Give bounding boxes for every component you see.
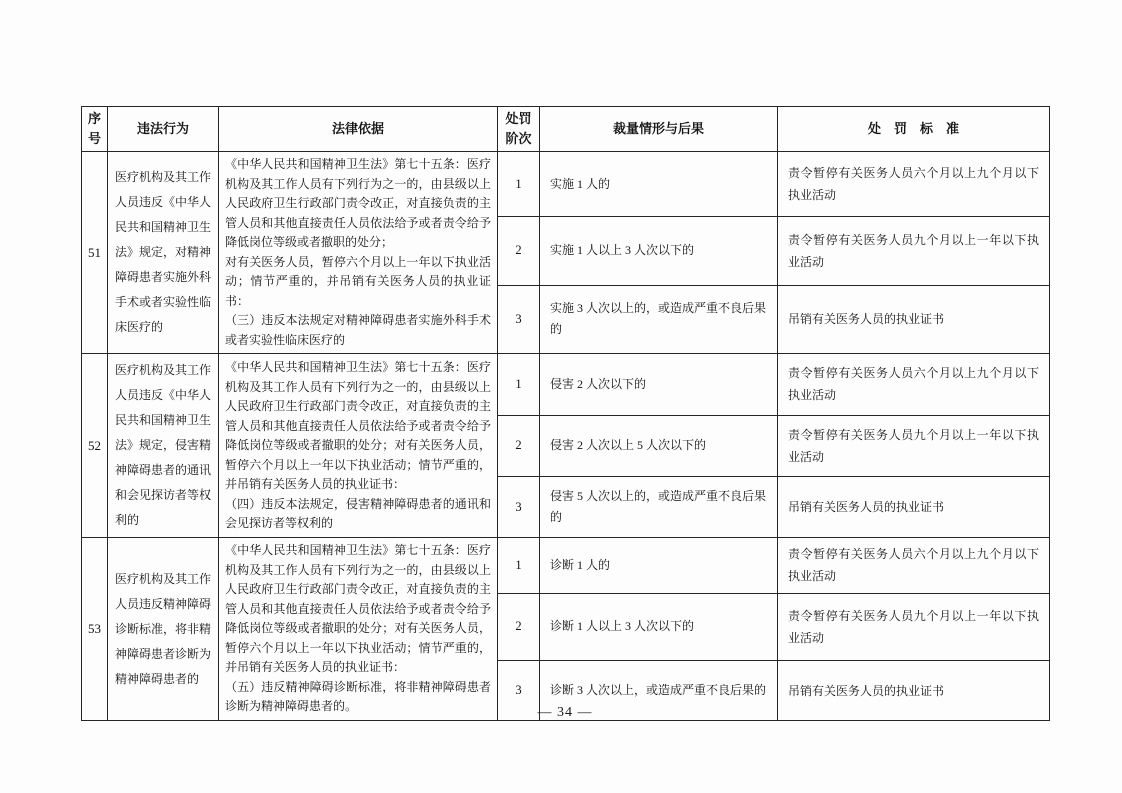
page-number: — 34 — [81,705,1049,721]
standard-cell: 责令暂停有关医务人员六个月以上九个月以下执业活动 [778,354,1050,415]
tier-row: 52 医疗机构及其工作人员违反《中华人民共和国精神卫生法》规定，侵害精神障碍患者… [82,354,1050,415]
violation-cell: 医疗机构及其工作人员违反《中华人民共和国精神卫生法》规定，对精神障碍患者实施外科… [108,152,219,354]
standard-cell: 责令暂停有关医务人员九个月以上一年以下执业活动 [778,216,1050,285]
violation-cell: 医疗机构及其工作人员违反《中华人民共和国精神卫生法》规定，侵害精神障碍患者的通讯… [108,354,219,538]
serial-cell: 52 [82,354,108,538]
standard-cell: 责令暂停有关医务人员六个月以上九个月以下执业活动 [778,152,1050,216]
circumstance-cell: 实施 1 人以上 3 人次以下的 [540,216,778,285]
tier-row: 53 医疗机构及其工作人员违反精神障碍诊断标准，将非精神障碍患者诊断为精神障碍患… [82,538,1050,593]
circumstance-cell: 侵害 5 人次以上的，或造成严重不良后果的 [540,476,778,537]
header-penalty-standard: 处 罚 标 准 [778,107,1050,152]
header-violation: 违法行为 [108,107,219,152]
header-serial: 序号 [82,107,108,152]
standard-cell: 责令暂停有关医务人员九个月以上一年以下执业活动 [778,415,1050,476]
header-legal-basis: 法律依据 [219,107,498,152]
legal-basis-cell: 《中华人民共和国精神卫生法》第七十五条：医疗机构及其工作人员有下列行为之一的，由… [219,354,498,538]
table-header-row: 序号 违法行为 法律依据 处罚阶次 裁量情形与后果 处 罚 标 准 [82,107,1050,152]
serial-cell: 53 [82,538,108,721]
circumstance-cell: 诊断 1 人的 [540,538,778,593]
legal-basis-paragraph: 对有关医务人员，暂停六个月以上一年以下执业活动；情节严重的，并吊销有关医务人员的… [225,253,491,312]
legal-basis-paragraph: （三）违反本法规定对精神障碍患者实施外科手术或者实验性临床医疗的 [225,311,491,350]
standard-cell: 吊销有关医务人员的执业证书 [778,285,1050,354]
tier-level-cell: 1 [498,538,540,593]
tier-level-cell: 3 [498,476,540,537]
violation-cell: 医疗机构及其工作人员违反精神障碍诊断标准，将非精神障碍患者诊断为精神障碍患者的 [108,538,219,721]
tier-level-cell: 2 [498,593,540,661]
legal-basis-paragraph: 《中华人民共和国精神卫生法》第七十五条：医疗机构及其工作人员有下列行为之一的，由… [225,155,491,253]
tier-level-cell: 3 [498,285,540,354]
tier-row: 51 医疗机构及其工作人员违反《中华人民共和国精神卫生法》规定，对精神障碍患者实… [82,152,1050,216]
penalty-standards-table: 序号 违法行为 法律依据 处罚阶次 裁量情形与后果 处 罚 标 准 51 医疗机… [81,106,1050,721]
standard-cell: 吊销有关医务人员的执业证书 [778,476,1050,537]
circumstance-cell: 诊断 1 人以上 3 人次以下的 [540,593,778,661]
serial-cell: 51 [82,152,108,354]
tier-level-cell: 1 [498,354,540,415]
circumstance-cell: 实施 3 人次以上的，或造成严重不良后果的 [540,285,778,354]
legal-basis-cell: 《中华人民共和国精神卫生法》第七十五条：医疗机构及其工作人员有下列行为之一的，由… [219,152,498,354]
legal-basis-paragraph: 《中华人民共和国精神卫生法》第七十五条：医疗机构及其工作人员有下列行为之一的，由… [225,541,491,678]
standard-cell: 责令暂停有关医务人员九个月以上一年以下执业活动 [778,593,1050,661]
tier-level-cell: 1 [498,152,540,216]
circumstance-cell: 实施 1 人的 [540,152,778,216]
document-page: 序号 违法行为 法律依据 处罚阶次 裁量情形与后果 处 罚 标 准 51 医疗机… [0,0,1122,793]
circumstance-cell: 侵害 2 人次以下的 [540,354,778,415]
tier-level-cell: 2 [498,216,540,285]
legal-basis-paragraph: 《中华人民共和国精神卫生法》第七十五条：医疗机构及其工作人员有下列行为之一的，由… [225,358,491,495]
header-penalty-tier: 处罚阶次 [498,107,540,152]
legal-basis-cell: 《中华人民共和国精神卫生法》第七十五条：医疗机构及其工作人员有下列行为之一的，由… [219,538,498,721]
standard-cell: 责令暂停有关医务人员六个月以上九个月以下执业活动 [778,538,1050,593]
header-circumstance: 裁量情形与后果 [540,107,778,152]
legal-basis-paragraph: （四）违反本法规定，侵害精神障碍患者的通讯和会见探访者等权利的 [225,495,491,534]
circumstance-cell: 侵害 2 人次以上 5 人次以下的 [540,415,778,476]
tier-level-cell: 2 [498,415,540,476]
